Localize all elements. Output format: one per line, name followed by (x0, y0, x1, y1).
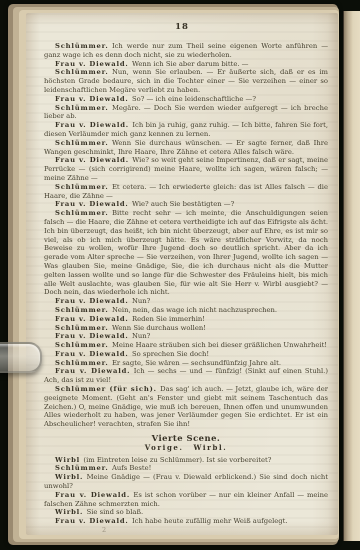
speaker-name: Frau v. Diewald. (55, 121, 129, 129)
facing-page-edge (343, 11, 360, 541)
dialogue-line: Frau v. Diewald. Reden Sie immerhin! (44, 315, 328, 324)
dialogue-line: Frau v. Diewald. Nun? (44, 297, 328, 306)
speaker-name: Schlümmer. (55, 464, 109, 472)
dialogue-line: Schlümmer (für sich). Das sag' ich auch.… (44, 385, 328, 429)
speaker-name: Schlümmer. (55, 68, 109, 76)
play-text-block: Schlümmer. Ich werde nur zum Theil seine… (44, 42, 328, 535)
speaker-name: Frau v. Diewald. (55, 60, 129, 68)
dialogue-line: Schlümmer. Nun, wenn Sie erlauben. — Er … (44, 68, 328, 94)
dialogue-line: Schlümmer. Aufs Beste! (44, 464, 328, 473)
speaker-name: Frau v. Diewald. (55, 517, 129, 525)
dialogue-section-bottom: Wirbl (im Eintreten leise zu Schlümmer).… (44, 456, 328, 526)
dialogue-line: Frau v. Diewald. Ich — sechs — und — fün… (44, 367, 328, 385)
dialogue-line: Frau v. Diewald. Es ist schon vorüber — … (44, 491, 328, 509)
dialogue-line: Frau v. Diewald. Wie? so weit geht seine… (44, 156, 328, 182)
dialogue-section-top: Schlümmer. Ich werde nur zum Theil seine… (44, 42, 328, 429)
dialogue-line: Frau v. Diewald. So? — ich eine leidensc… (44, 95, 328, 104)
photo-background: 18 Schlümmer. Ich werde nur zum Theil se… (0, 0, 360, 550)
scene-heading: Vierte Scene. (44, 434, 328, 443)
dialogue-line: Schlümmer. Megäre. — Doch Sie werden wie… (44, 104, 328, 122)
page-number: 18 (26, 22, 338, 32)
speaker-name: Schlümmer. (55, 306, 109, 314)
speaker-name: Frau v. Diewald. (55, 367, 130, 375)
dialogue-line: Schlümmer. Et cetera. — Ich erwiederte g… (44, 183, 328, 201)
dialogue-line: Wirbl (im Eintreten leise zu Schlümmer).… (44, 456, 328, 465)
dialogue-line: Schlümmer. Ich werde nur zum Theil seine… (44, 42, 328, 60)
speaker-name: Schlümmer (für sich). (55, 385, 157, 393)
book-page: 18 Schlümmer. Ich werde nur zum Theil se… (26, 13, 338, 535)
dialogue-line: Schlümmer. Er sagte, Sie wären — sechsun… (44, 359, 328, 368)
speaker-name: Frau v. Diewald. (55, 332, 129, 340)
speaker-name: Frau v. Diewald. (55, 156, 129, 164)
dialogue-line: Schlümmer. Nein, nein, das wage ich nich… (44, 306, 328, 315)
speaker-name: Frau v. Diewald. (55, 350, 129, 358)
speaker-name: Schlümmer. (55, 341, 109, 349)
transparent-page-clip (0, 342, 42, 373)
dialogue-line: Schlümmer. Meine Haare sträuben sich bei… (44, 341, 328, 350)
speaker-name: Schlümmer. (55, 209, 109, 217)
scene-characters: Vorige. Wirbl. (44, 444, 328, 453)
speaker-name: Schlümmer. (55, 359, 109, 367)
dialogue-line: Schlümmer. Wenn Sie durchaus wünschen. —… (44, 139, 328, 157)
speaker-name: Frau v. Diewald. (55, 491, 130, 499)
speaker-name: Schlümmer. (55, 104, 109, 112)
dialogue-line: Frau v. Diewald. Wenn ich Sie aber darum… (44, 60, 328, 69)
dialogue-line: Frau v. Diewald. Wie? auch Sie bestätigt… (44, 200, 328, 209)
speaker-name: Schlümmer. (55, 42, 109, 50)
speaker-name: Schlümmer. (55, 324, 109, 332)
dialogue-line: Wirbl. Sie sind so blaß. (44, 508, 328, 517)
speaker-name: Frau v. Diewald. (55, 297, 129, 305)
speaker-name: Schlümmer. (55, 183, 109, 191)
dialogue-line: Frau v. Diewald. Ich bin ja ruhig, ganz … (44, 121, 328, 139)
speaker-name: Schlümmer. (55, 139, 109, 147)
speaker-name: Frau v. Diewald. (55, 315, 129, 323)
dialogue-line: Frau v. Diewald. So sprechen Sie doch! (44, 350, 328, 359)
dialogue-line: Schlümmer. Wenn Sie durchaus wollen! (44, 324, 328, 333)
speaker-name: Wirbl. (55, 473, 83, 481)
speaker-name: Frau v. Diewald. (55, 200, 129, 208)
dialogue-line: Frau v. Diewald. Nun? (44, 332, 328, 341)
speaker-name: Wirbl. (55, 508, 83, 516)
dialogue-line: Wirbl. Meine Gnädige — (Frau v. Diewald … (44, 473, 328, 491)
dialogue-line: Schlümmer. Bitte recht sehr — ich meinte… (44, 209, 328, 297)
signature-mark: 2 (102, 526, 328, 535)
speaker-name: Wirbl (55, 456, 80, 464)
speaker-name: Frau v. Diewald. (55, 95, 129, 103)
dialogue-line: Frau v. Diewald. Ich habe heute zufällig… (44, 517, 328, 526)
